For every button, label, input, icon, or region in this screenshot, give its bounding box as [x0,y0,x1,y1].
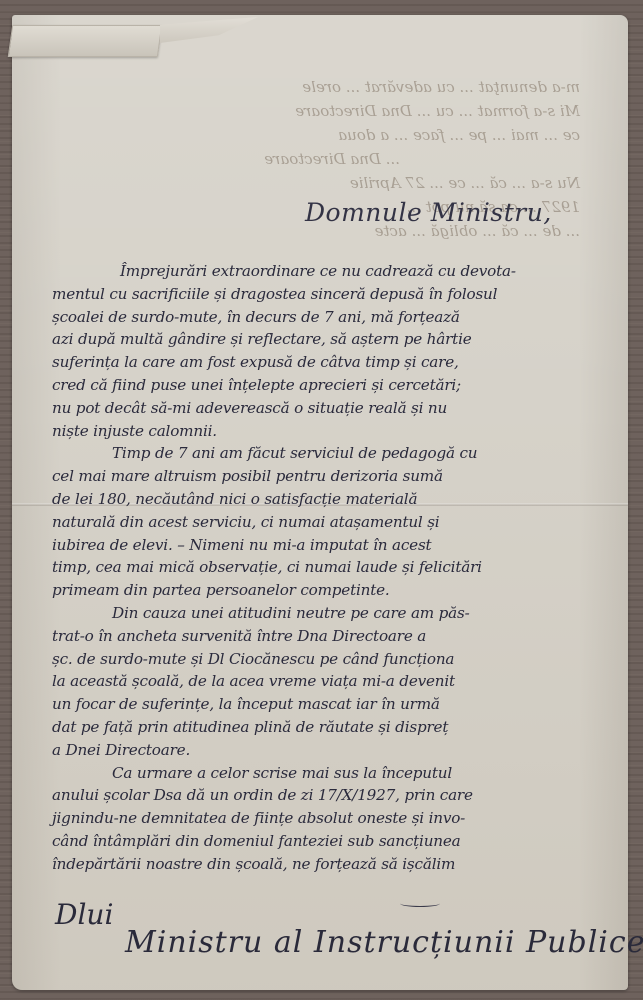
handwritten-line: a Dnei Directoare. [52,741,190,759]
handwritten-line: anului școlar Dsa dă un ordin de zi 17/X… [52,786,473,804]
signature-flourish [400,900,440,907]
handwritten-line: mentul cu sacrificiile și dragostea sinc… [52,285,497,303]
letter-body: Împrejurări extraordinare ce nu cadrează… [52,0,592,1000]
addressee: Ministru al Instrucțiunii Publice [125,925,643,960]
handwritten-line: trat-o în ancheta survenită între Dna Di… [52,627,426,645]
handwritten-line: primeam din partea persoanelor competint… [52,581,390,599]
handwritten-line: Din cauza unei atitudini neutre pe care … [112,604,470,622]
handwritten-line: suferința la care am fost expusă de câtv… [52,353,459,371]
addressee-prefix: Dlui [55,898,113,931]
handwritten-line: naturală din acest serviciu, ci numai at… [52,513,439,531]
handwritten-line: azi după multă gândire și reflectare, să… [52,330,472,348]
handwritten-line: iubirea de elevi. – Nimeni nu mi-a imput… [52,536,431,554]
handwritten-line: Timp de 7 ani am făcut serviciul de peda… [112,444,477,462]
handwritten-line: nu pot decât să-mi adeverească o situați… [52,399,447,417]
handwritten-line: cred că fiind puse unei înțelepte apreci… [52,376,461,394]
handwritten-line: când întâmplări din domeniul fanteziei s… [52,832,461,850]
handwritten-line: de lei 180, necăutând nici o satisfacție… [52,490,417,508]
handwritten-line: niște injuste calomnii. [52,422,217,440]
handwritten-line: la această școală, de la acea vreme viaț… [52,672,455,690]
handwritten-line: timp, cea mai mică observație, ci numai … [52,558,482,576]
handwritten-line: dat pe față prin atitudinea plină de rău… [52,718,448,736]
handwritten-line: școalei de surdo-mute, în decurs de 7 an… [52,308,460,326]
handwritten-line: îndepărtării noastre din școală, ne forț… [52,855,455,873]
handwritten-line: jignindu-ne demnitatea de ființe absolut… [52,809,465,827]
handwritten-line: șc. de surdo-mute și Dl Ciocănescu pe câ… [52,650,454,668]
handwritten-line: un focar de suferințe, la început mascat… [52,695,440,713]
handwritten-line: Ca urmare a celor scrise mai sus la înce… [112,764,452,782]
handwritten-line: Împrejurări extraordinare ce nu cadrează… [120,262,516,280]
handwritten-line: cel mai mare altruism posibil pentru der… [52,467,443,485]
